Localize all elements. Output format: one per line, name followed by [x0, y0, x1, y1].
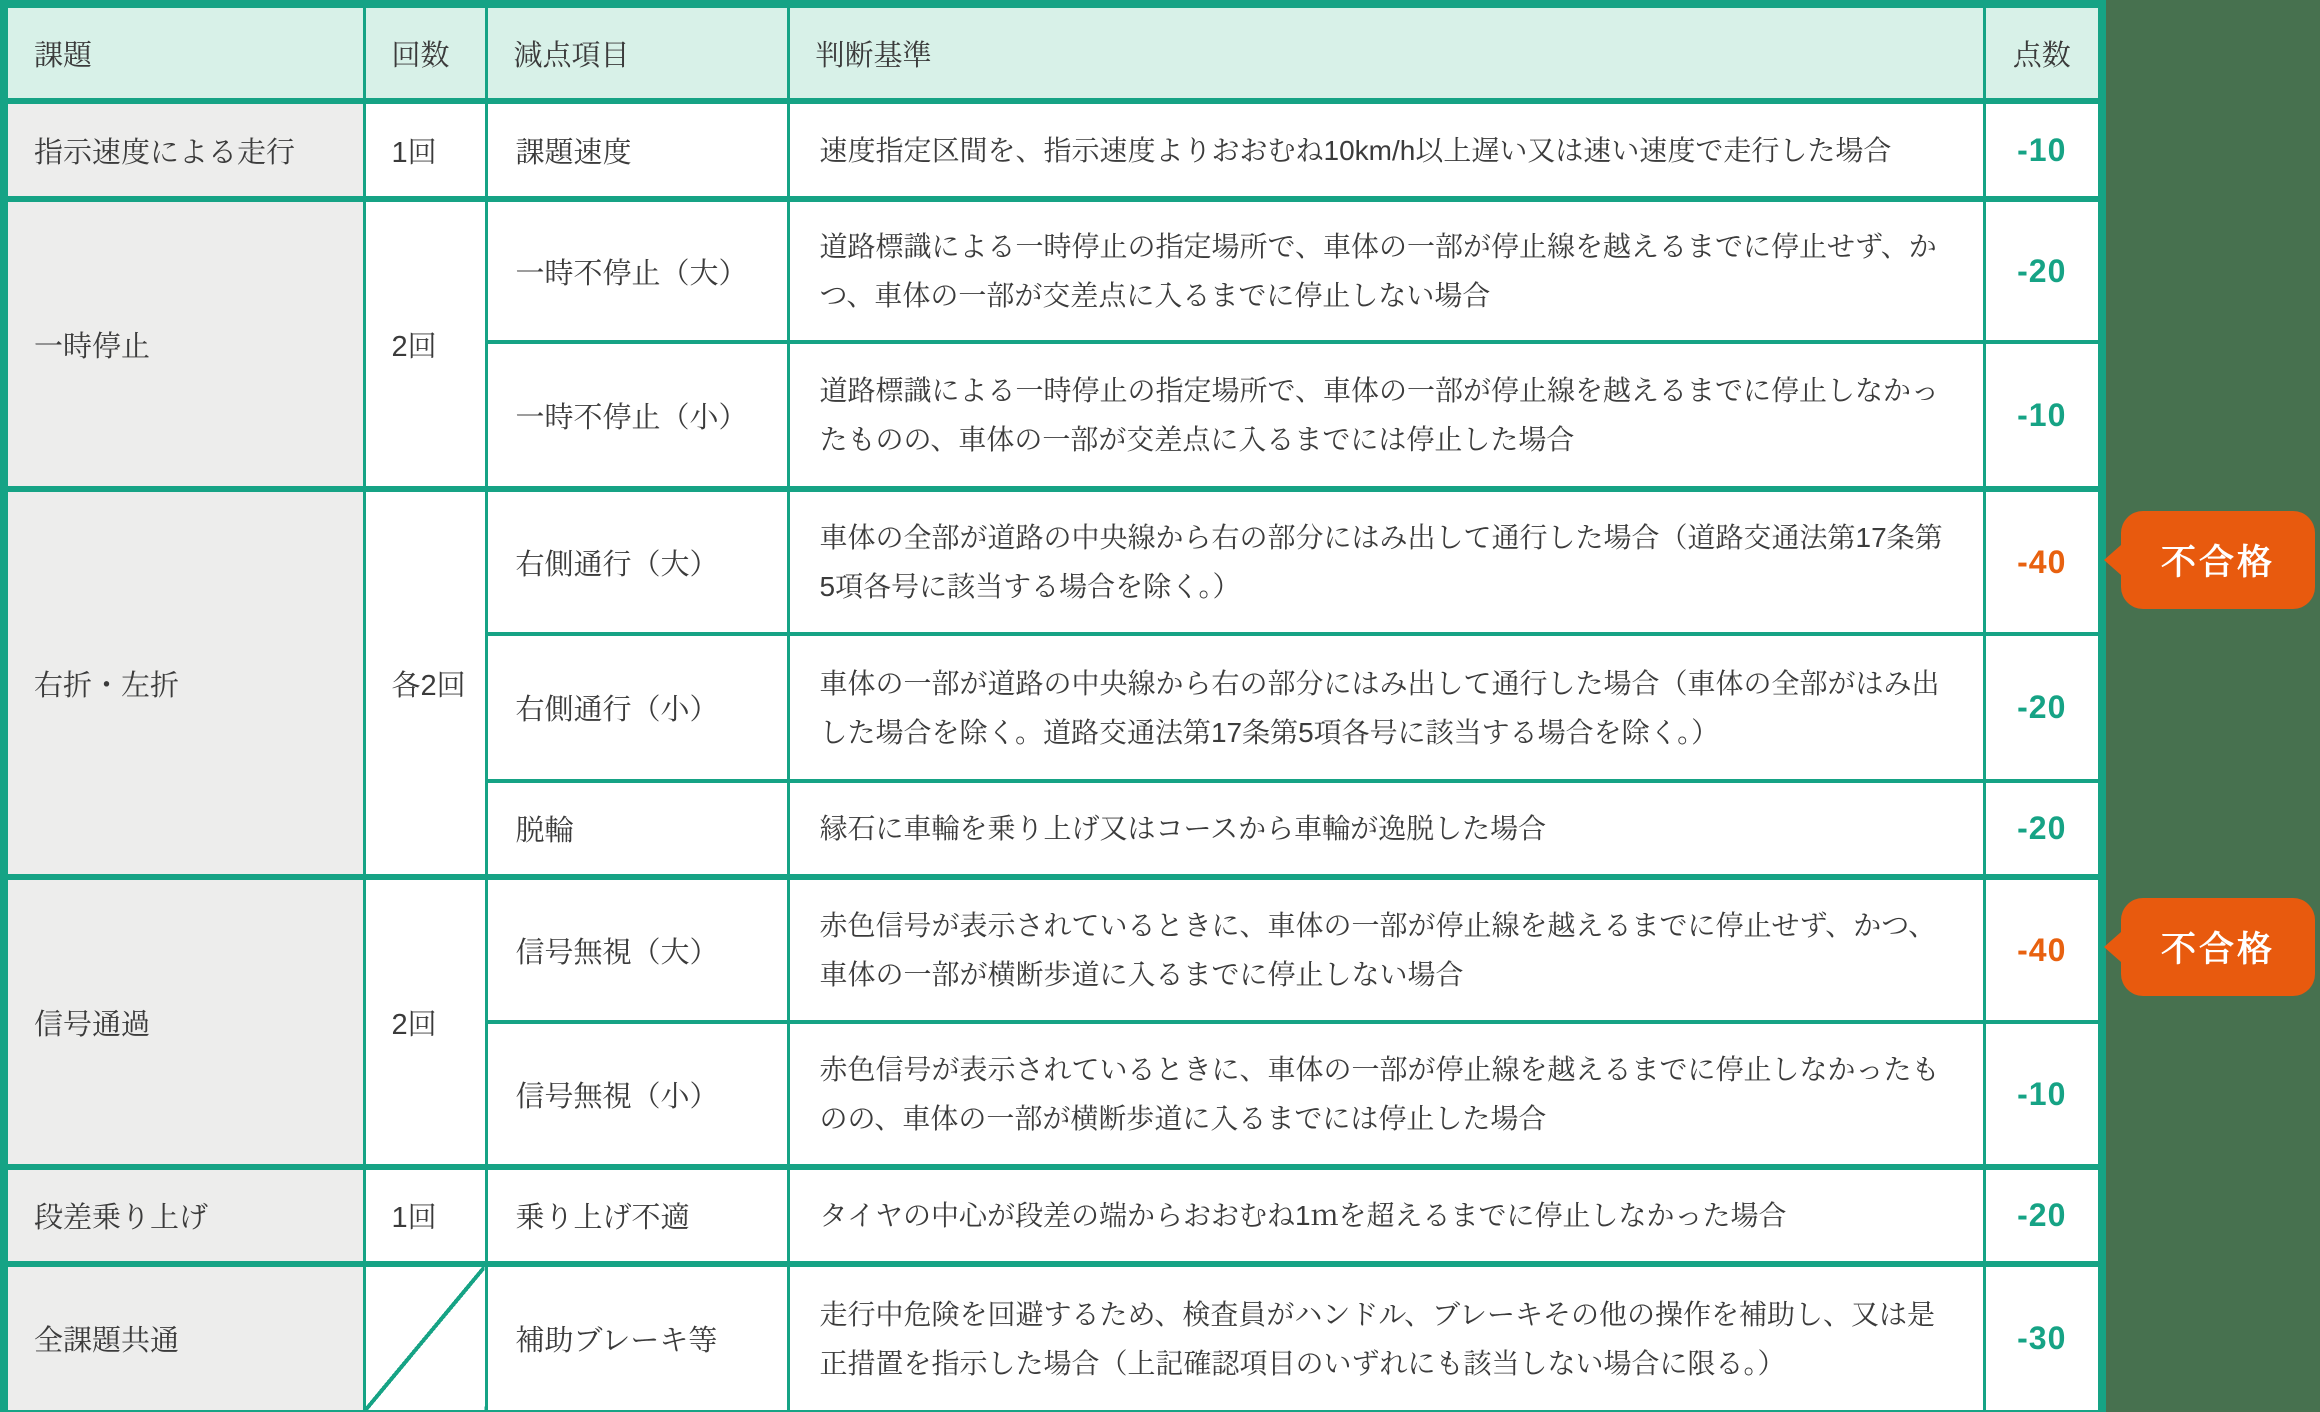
deduction-item-cell: 脱輪: [486, 781, 788, 877]
count-cell-diagonal: [364, 1264, 486, 1412]
deduction-item-cell: 信号無視（小）: [486, 1022, 788, 1167]
table-row: 指示速度による走行 1回 課題速度 速度指定区間を、指示速度よりおおむね10km…: [4, 101, 2102, 199]
deduction-item-cell: 一時不停止（大）: [486, 199, 788, 342]
table-row: 信号通過 2回 信号無視（大） 赤色信号が表示されているときに、車体の一部が停止…: [4, 877, 2102, 1022]
points-cell: -10: [1984, 1022, 2102, 1167]
task-cell: 信号通過: [4, 877, 364, 1167]
points-cell: -40: [1984, 489, 2102, 634]
deduction-item-cell: 乗り上げ不適: [486, 1167, 788, 1264]
points-cell: -20: [1984, 634, 2102, 781]
points-cell: -10: [1984, 342, 2102, 489]
header-deduction-item: 減点項目: [486, 4, 788, 101]
deduction-item-cell: 信号無視（大）: [486, 877, 788, 1022]
count-cell: 1回: [364, 101, 486, 199]
criteria-cell: 赤色信号が表示されているときに、車体の一部が停止線を越えるまでに停止しなかったも…: [788, 1022, 1984, 1167]
criteria-cell: 道路標識による一時停止の指定場所で、車体の一部が停止線を越えるまでに停止せず、か…: [788, 199, 1984, 342]
criteria-cell: 速度指定区間を、指示速度よりおおむね10km/h以上遅い又は速い速度で走行した場…: [788, 101, 1984, 199]
task-cell: 一時停止: [4, 199, 364, 489]
badge-left-pointer-icon: [2104, 932, 2121, 962]
fail-badge-label: 不合格: [2121, 511, 2315, 609]
task-cell: 全課題共通: [4, 1264, 364, 1412]
header-points: 点数: [1984, 4, 2102, 101]
table-header-row: 課題 回数 減点項目 判断基準 点数: [4, 4, 2102, 101]
criteria-cell: 道路標識による一時停止の指定場所で、車体の一部が停止線を越えるまでに停止しなかっ…: [788, 342, 1984, 489]
deduction-item-cell: 補助ブレーキ等: [486, 1264, 788, 1412]
deduction-item-cell: 一時不停止（小）: [486, 342, 788, 489]
table-row: 全課題共通 補助ブレーキ等 走行中危険を回避するため、検査員がハンドル、ブレーキ…: [4, 1264, 2102, 1412]
badge-left-pointer-icon: [2104, 545, 2121, 575]
fail-badge: 不合格: [2104, 511, 2315, 609]
table-row: 段差乗り上げ 1回 乗り上げ不適 タイヤの中心が段差の端からおおむね1ｍを超える…: [4, 1167, 2102, 1264]
count-cell: 1回: [364, 1167, 486, 1264]
count-cell: 2回: [364, 877, 486, 1167]
points-cell: -20: [1984, 199, 2102, 342]
deduction-item-cell: 右側通行（小）: [486, 634, 788, 781]
criteria-cell: 走行中危険を回避するため、検査員がハンドル、ブレーキその他の操作を補助し、又は是…: [788, 1264, 1984, 1412]
header-count: 回数: [364, 4, 486, 101]
criteria-cell: 赤色信号が表示されているときに、車体の一部が停止線を越えるまでに停止せず、かつ、…: [788, 877, 1984, 1022]
header-task: 課題: [4, 4, 364, 101]
points-cell: -40: [1984, 877, 2102, 1022]
criteria-cell: 車体の一部が道路の中央線から右の部分にはみ出して通行した場合（車体の全部がはみ出…: [788, 634, 1984, 781]
fail-badge: 不合格: [2104, 898, 2315, 996]
points-cell: -20: [1984, 781, 2102, 877]
table-row: 右折・左折 各2回 右側通行（大） 車体の全部が道路の中央線から右の部分にはみ出…: [4, 489, 2102, 634]
points-cell: -20: [1984, 1167, 2102, 1264]
header-criteria: 判断基準: [788, 4, 1984, 101]
points-cell: -30: [1984, 1264, 2102, 1412]
page-background: 課題 回数 減点項目 判断基準 点数 指示速度による走行 1回 課題速度 速度指…: [0, 0, 2320, 1412]
table-row: 一時停止 2回 一時不停止（大） 道路標識による一時停止の指定場所で、車体の一部…: [4, 199, 2102, 342]
deduction-criteria-table: 課題 回数 減点項目 判断基準 点数 指示速度による走行 1回 課題速度 速度指…: [0, 0, 2106, 1412]
count-cell: 各2回: [364, 489, 486, 877]
task-cell: 指示速度による走行: [4, 101, 364, 199]
task-cell: 右折・左折: [4, 489, 364, 877]
task-cell: 段差乗り上げ: [4, 1167, 364, 1264]
deduction-item-cell: 課題速度: [486, 101, 788, 199]
points-cell: -10: [1984, 101, 2102, 199]
fail-badge-label: 不合格: [2121, 898, 2315, 996]
criteria-cell: タイヤの中心が段差の端からおおむね1ｍを超えるまでに停止しなかった場合: [788, 1167, 1984, 1264]
deduction-item-cell: 右側通行（大）: [486, 489, 788, 634]
criteria-cell: 縁石に車輪を乗り上げ又はコースから車輪が逸脱した場合: [788, 781, 1984, 877]
criteria-cell: 車体の全部が道路の中央線から右の部分にはみ出して通行した場合（道路交通法第17条…: [788, 489, 1984, 634]
count-cell: 2回: [364, 199, 486, 489]
